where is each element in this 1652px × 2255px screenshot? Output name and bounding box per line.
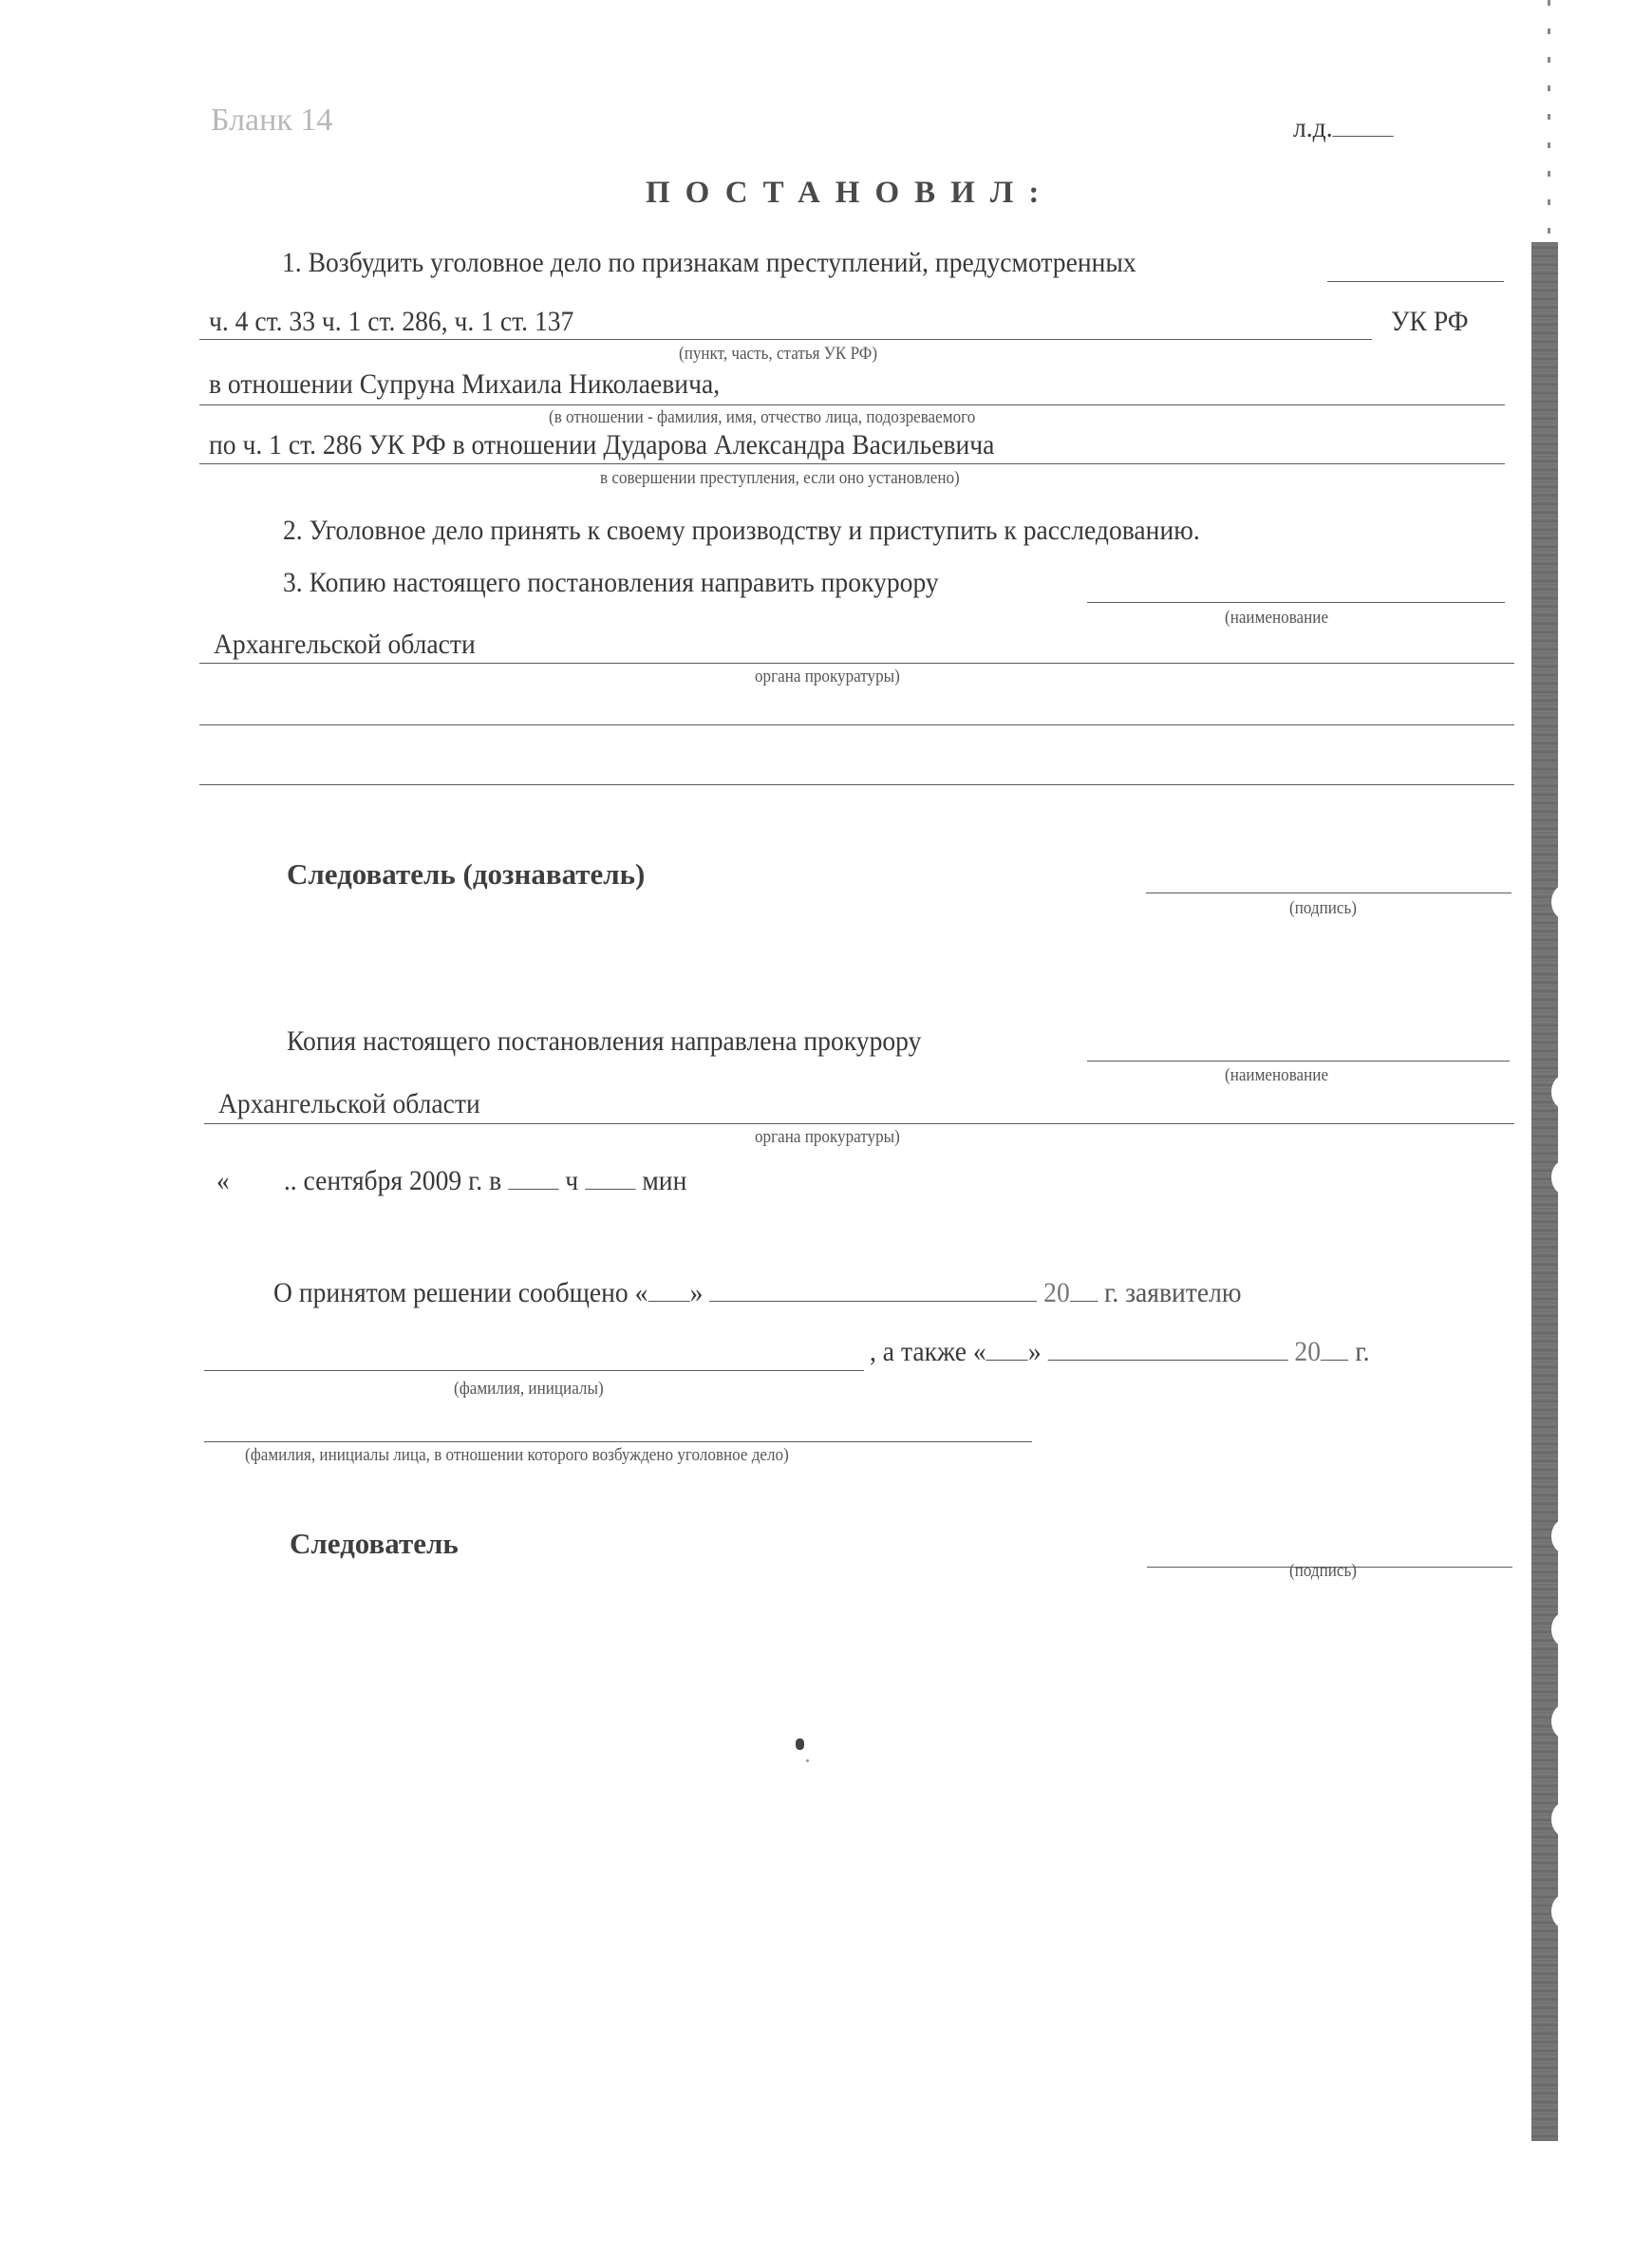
copy-sent-caption-center: органа прокуратуры) (755, 1127, 900, 1148)
year-prefix-2: 20 (1294, 1336, 1321, 1367)
item3-caption-center: органа прокуратуры) (755, 667, 900, 687)
signature1-line[interactable] (1146, 893, 1511, 893)
year-suffix-1: г. заявителю (1104, 1277, 1241, 1308)
hours-field[interactable] (508, 1166, 558, 1190)
close-quote-2: » (1028, 1336, 1042, 1367)
item1-suspect-line2-rule (199, 463, 1505, 464)
caption-applicant-name: (фамилия, инициалы) (454, 1379, 604, 1400)
copy-sent-prosecutor-rule (204, 1123, 1514, 1124)
copy-sent-date-row: «.. сентября 2009 г. в ч мин (216, 1165, 686, 1197)
item2-text: 2. Уголовное дело принять к своему произ… (283, 515, 1200, 547)
item3-prosecutor[interactable]: Архангельской области (214, 629, 476, 661)
scan-speck (796, 1738, 804, 1750)
notify-month-field-2[interactable] (1048, 1337, 1288, 1361)
notification-lead: О принятом решении сообщено (273, 1277, 629, 1308)
sheet-number-label: л.д. (1293, 112, 1394, 144)
minutes-field[interactable] (585, 1166, 635, 1190)
item3-prosecutor-blank[interactable] (1087, 602, 1505, 603)
form-number-label: Бланк 14 (211, 103, 332, 139)
item3-lead: 3. Копию настоящего постановления направ… (283, 567, 939, 599)
item3-extra-line-2[interactable] (199, 784, 1514, 785)
item1-suspect-caption2: в совершении преступления, если оно уста… (600, 468, 960, 489)
year-suffix-2: г. (1355, 1336, 1369, 1367)
punch-hole (1551, 1075, 1578, 1109)
date-open-quote: « (216, 1165, 230, 1196)
notification-row2: , а также «» 20 г. (870, 1336, 1369, 1368)
item1-lead-blank[interactable] (1327, 281, 1504, 282)
copy-sent-lead: Копия настоящего постановления направлен… (287, 1025, 921, 1058)
sheet-number-text: л.д. (1293, 112, 1333, 143)
punch-hole (1551, 1519, 1578, 1553)
punch-hole (1551, 1160, 1578, 1194)
punch-hole (1551, 1802, 1578, 1836)
item1-suspect-line1[interactable]: в отношении Супруна Михаила Николаевича, (209, 368, 720, 401)
punch-hole (1551, 885, 1578, 919)
applicant-name-line[interactable] (204, 1370, 864, 1371)
notification-row1: О принятом решении сообщено «» 20 г. зая… (273, 1277, 1241, 1309)
copy-sent-caption-right: (наименование (1225, 1065, 1328, 1086)
item3-prosecutor-rule (199, 663, 1514, 664)
item1-suspect-caption1: (в отношении - фамилия, имя, отчество ли… (549, 407, 975, 428)
also-label: , а также « (870, 1336, 986, 1367)
minutes-label: мин (642, 1165, 686, 1196)
signature1-caption: (подпись) (1289, 898, 1357, 919)
date-day-field[interactable] (230, 1167, 284, 1190)
binding-edge-top (1548, 0, 1550, 242)
notify-day-field-1[interactable] (648, 1278, 689, 1302)
punch-hole (1551, 1612, 1578, 1646)
signature1-role: Следователь (дознаватель) (287, 857, 645, 892)
date-text: сентября 2009 г. в (304, 1165, 502, 1196)
year-prefix-1: 20 (1043, 1277, 1070, 1308)
notify-day-field-2[interactable] (986, 1337, 1028, 1361)
punch-hole (1551, 1704, 1578, 1738)
item1-suspect-line1-rule (199, 404, 1505, 405)
copy-sent-prosecutor[interactable]: Архангельской области (218, 1088, 480, 1120)
caption-accused-name: (фамилия, инициалы лица, в отношении кот… (245, 1445, 789, 1466)
signature2-caption: (подпись) (1289, 1561, 1357, 1582)
item1-articles[interactable]: ч. 4 ст. 33 ч. 1 ст. 286, ч. 1 ст. 137 (209, 306, 573, 338)
binding-edge (1531, 242, 1558, 2141)
item1-lead: 1. Возбудить уголовное дело по признакам… (282, 247, 1136, 279)
accused-name-line[interactable] (204, 1441, 1032, 1442)
punch-hole (1551, 1894, 1578, 1928)
notify-year-field-2[interactable] (1321, 1337, 1348, 1361)
item3-caption-right: (наименование (1225, 608, 1328, 629)
item1-articles-caption: (пункт, часть, статья УК РФ) (679, 344, 877, 365)
signature2-role: Следователь (290, 1527, 459, 1561)
item1-articles-line (199, 339, 1372, 340)
item1-code-suffix: УК РФ (1391, 306, 1469, 338)
hours-label: ч (565, 1165, 578, 1196)
item3-extra-line-1[interactable] (199, 724, 1514, 725)
copy-sent-blank[interactable] (1087, 1061, 1510, 1062)
notify-year-field-1[interactable] (1070, 1278, 1098, 1302)
document-title: ПОСТАНОВИЛ: (646, 176, 1054, 211)
notify-month-field-1[interactable] (709, 1278, 1037, 1302)
sheet-number-field[interactable] (1333, 113, 1394, 137)
close-quote: » (690, 1277, 704, 1308)
scan-speck-small (806, 1759, 809, 1762)
open-quote: « (635, 1277, 648, 1308)
item1-suspect-line2[interactable]: по ч. 1 ст. 286 УК РФ в отношении Дударо… (209, 429, 994, 461)
